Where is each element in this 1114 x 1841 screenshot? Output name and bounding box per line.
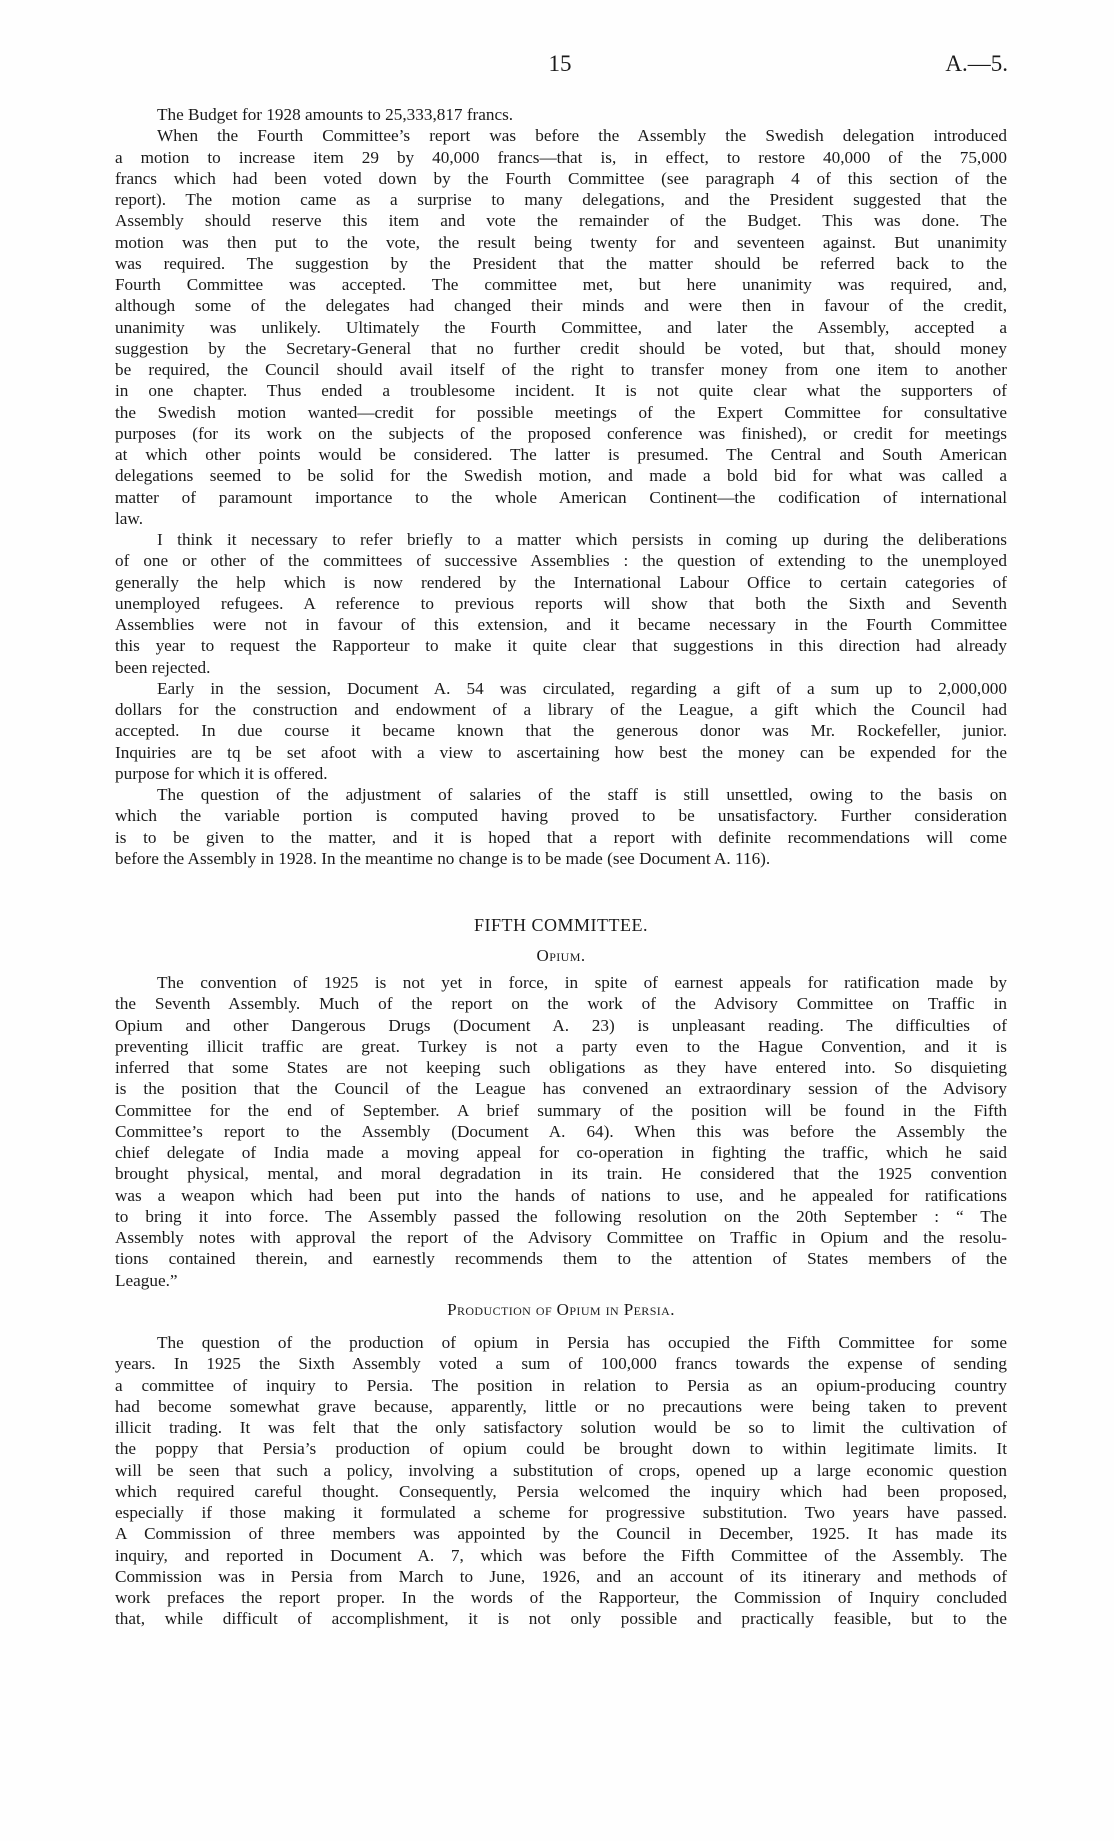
text-line: Assembly notes with approval the report …	[115, 1227, 1007, 1248]
text-line: which the variable portion is computed h…	[115, 805, 1007, 826]
text-line: Early in the session, Document A. 54 was…	[115, 678, 1007, 699]
subheading-production-of-opium-in-persia: Production of Opium in Persia.	[115, 1299, 1007, 1321]
text-line: inquiry, and reported in Document A. 7, …	[115, 1545, 1007, 1566]
subheading-opium: Opium.	[115, 945, 1007, 967]
text-line: Opium and other Dangerous Drugs (Documen…	[115, 1015, 1007, 1036]
text-line: The question of the adjustment of salari…	[115, 784, 1007, 805]
text-line: unanimity was unlikely. Ultimately the F…	[115, 317, 1007, 338]
text-line: illicit trading. It was felt that the on…	[115, 1417, 1007, 1438]
text-line: chief delegate of India made a moving ap…	[115, 1142, 1007, 1163]
text-line: I think it necessary to refer briefly to…	[115, 529, 1007, 550]
text-line: was required. The suggestion by the Pres…	[115, 253, 1007, 274]
text-line: before the Assembly in 1928. In the mean…	[115, 848, 1007, 869]
text-line: work prefaces the report proper. In the …	[115, 1587, 1007, 1608]
text-line: Inquiries are tq be set afoot with a vie…	[115, 742, 1007, 763]
text-line: tions contained therein, and earnestly r…	[115, 1248, 1007, 1269]
text-line: inferred that some States are not keepin…	[115, 1057, 1007, 1078]
text-line: to bring it into force. The Assembly pas…	[115, 1206, 1007, 1227]
document-reference: A.—5.	[930, 52, 1008, 75]
text-line: of one or other of the committees of suc…	[115, 550, 1007, 571]
text-line: purpose for which it is offered.	[115, 763, 1007, 784]
section-heading-fifth-committee: FIFTH COMMITTEE.	[115, 914, 1007, 936]
budget-section: The Budget for 1928 amounts to 25,333,81…	[115, 104, 1007, 869]
text-line: years. In 1925 the Sixth Assembly voted …	[115, 1353, 1007, 1374]
text-line: Committee’s report to the Assembly (Docu…	[115, 1121, 1007, 1142]
text-line: When the Fourth Committee’s report was b…	[115, 125, 1007, 146]
text-line: francs which had been voted down by the …	[115, 168, 1007, 189]
text-line: the Seventh Assembly. Much of the report…	[115, 993, 1007, 1014]
text-line: accepted. In due course it became known …	[115, 720, 1007, 741]
text-line: law.	[115, 508, 1007, 529]
text-line: a motion to increase item 29 by 40,000 f…	[115, 147, 1007, 168]
text-line: the Swedish motion wanted—credit for pos…	[115, 402, 1007, 423]
text-line: Commission was in Persia from March to J…	[115, 1566, 1007, 1587]
persia-section: The question of the production of opium …	[115, 1332, 1007, 1630]
text-line: this year to request the Rapporteur to m…	[115, 635, 1007, 656]
text-line: although some of the delegates had chang…	[115, 295, 1007, 316]
text-line: The Budget for 1928 amounts to 25,333,81…	[115, 104, 1007, 125]
text-line: Assemblies were not in favour of this ex…	[115, 614, 1007, 635]
text-line: matter of paramount importance to the wh…	[115, 487, 1007, 508]
text-line: that, while difficult of accomplishment,…	[115, 1608, 1007, 1629]
text-line: Committee for the end of September. A br…	[115, 1100, 1007, 1121]
text-line: especially if those making it formulated…	[115, 1502, 1007, 1523]
page-number: 15	[540, 52, 580, 75]
text-line: in one chapter. Thus ended a troublesome…	[115, 380, 1007, 401]
text-line: The convention of 1925 is not yet in for…	[115, 972, 1007, 993]
text-line: is the position that the Council of the …	[115, 1078, 1007, 1099]
text-line: the poppy that Persia’s production of op…	[115, 1438, 1007, 1459]
text-line: motion was then put to the vote, the res…	[115, 232, 1007, 253]
text-line: brought physical, mental, and moral degr…	[115, 1163, 1007, 1184]
text-line: be required, the Council should avail it…	[115, 359, 1007, 380]
opium-section: The convention of 1925 is not yet in for…	[115, 972, 1007, 1291]
text-line: Assembly should reserve this item and vo…	[115, 210, 1007, 231]
text-line: generally the help which is now rendered…	[115, 572, 1007, 593]
text-line: unemployed refugees. A reference to prev…	[115, 593, 1007, 614]
text-line: will be seen that such a policy, involvi…	[115, 1460, 1007, 1481]
text-line: purposes (for its work on the subjects o…	[115, 423, 1007, 444]
text-line: been rejected.	[115, 657, 1007, 678]
text-line: which required careful thought. Conseque…	[115, 1481, 1007, 1502]
text-line: Fourth Committee was accepted. The commi…	[115, 274, 1007, 295]
text-line: A Commission of three members was appoin…	[115, 1523, 1007, 1544]
text-line: League.”	[115, 1270, 1007, 1291]
text-line: was a weapon which had been put into the…	[115, 1185, 1007, 1206]
text-line: dollars for the construction and endowme…	[115, 699, 1007, 720]
text-line: The question of the production of opium …	[115, 1332, 1007, 1353]
text-line: a committee of inquiry to Persia. The po…	[115, 1375, 1007, 1396]
text-line: suggestion by the Secretary-General that…	[115, 338, 1007, 359]
text-line: had become somewhat grave because, appar…	[115, 1396, 1007, 1417]
text-line: report). The motion came as a surprise t…	[115, 189, 1007, 210]
text-line: is to be given to the matter, and it is …	[115, 827, 1007, 848]
text-line: preventing illicit traffic are great. Tu…	[115, 1036, 1007, 1057]
document-page: 15 A.—5. The Budget for 1928 amounts to …	[0, 0, 1114, 1841]
text-line: delegations seemed to be solid for the S…	[115, 465, 1007, 486]
text-line: at which other points would be considere…	[115, 444, 1007, 465]
